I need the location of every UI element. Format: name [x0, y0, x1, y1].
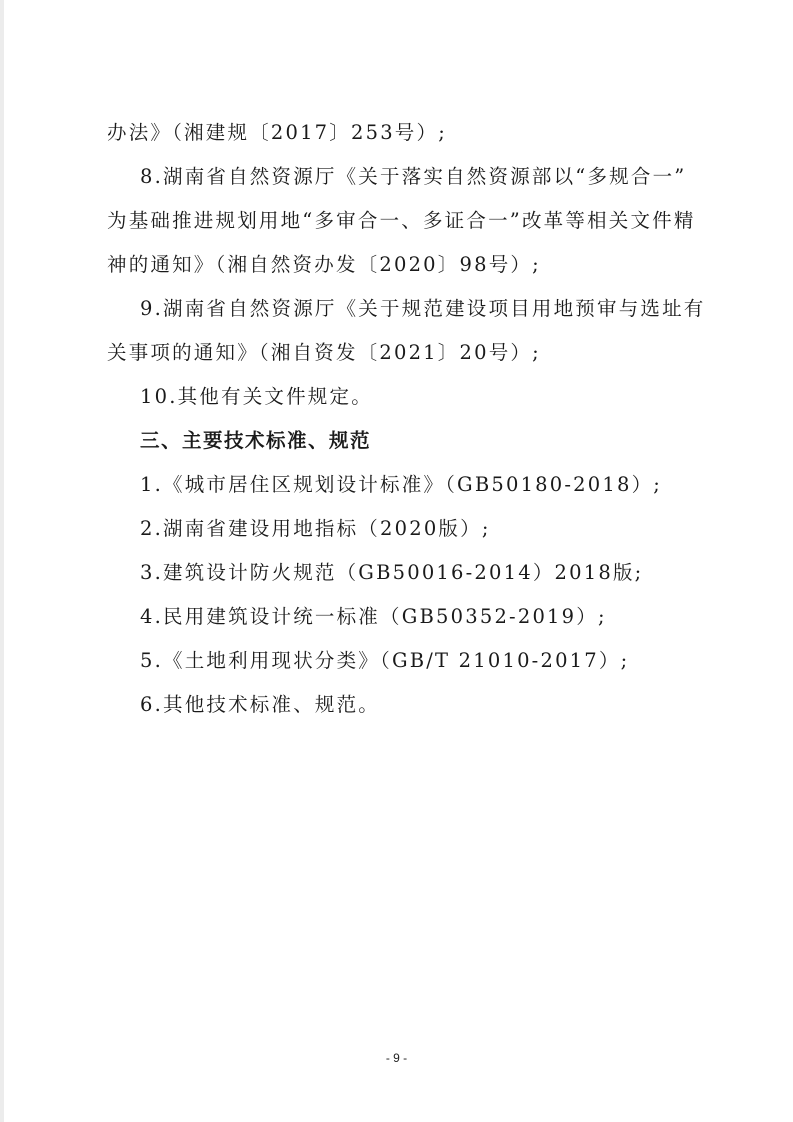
scan-edge [0, 0, 4, 1122]
text-line-ref9-end: 关事项的通知》（湘自资发〔2021〕20号）; [107, 341, 541, 365]
standard-item-2: 2.湖南省建设用地指标（2020版）; [140, 517, 491, 541]
standard-item-6: 6.其他技术标准、规范。 [140, 693, 380, 717]
text-line-ref10: 10.其他有关文件规定。 [140, 385, 373, 409]
section-heading: 三、主要技术标准、规范 [140, 429, 371, 453]
standard-item-3: 3.建筑设计防火规范（GB50016-2014）2018版; [140, 561, 643, 585]
standard-item-4: 4.民用建筑设计统一标准（GB50352-2019）; [140, 605, 607, 629]
standard-item-1: 1.《城市居住区规划设计标准》（GB50180-2018）; [140, 473, 662, 497]
text-line-ref7-end: 办法》（湘建规〔2017〕253号）; [107, 121, 447, 145]
text-line-ref8-end: 神的通知》（湘自然资办发〔2020〕98号）; [107, 253, 541, 277]
page-number: - 9 - [0, 1051, 793, 1065]
text-line-ref8-cont: 为基础推进规划用地“多审合一、多证合一”改革等相关文件精 [107, 209, 696, 233]
text-line-ref8: 8.湖南省自然资源厅《关于落实自然资源部以“多规合一” [140, 165, 686, 189]
text-line-ref9: 9.湖南省自然资源厅《关于规范建设项目用地预审与选址有 [140, 297, 706, 321]
standard-item-5: 5.《土地利用现状分类》（GB/T 21010-2017）; [140, 649, 629, 673]
